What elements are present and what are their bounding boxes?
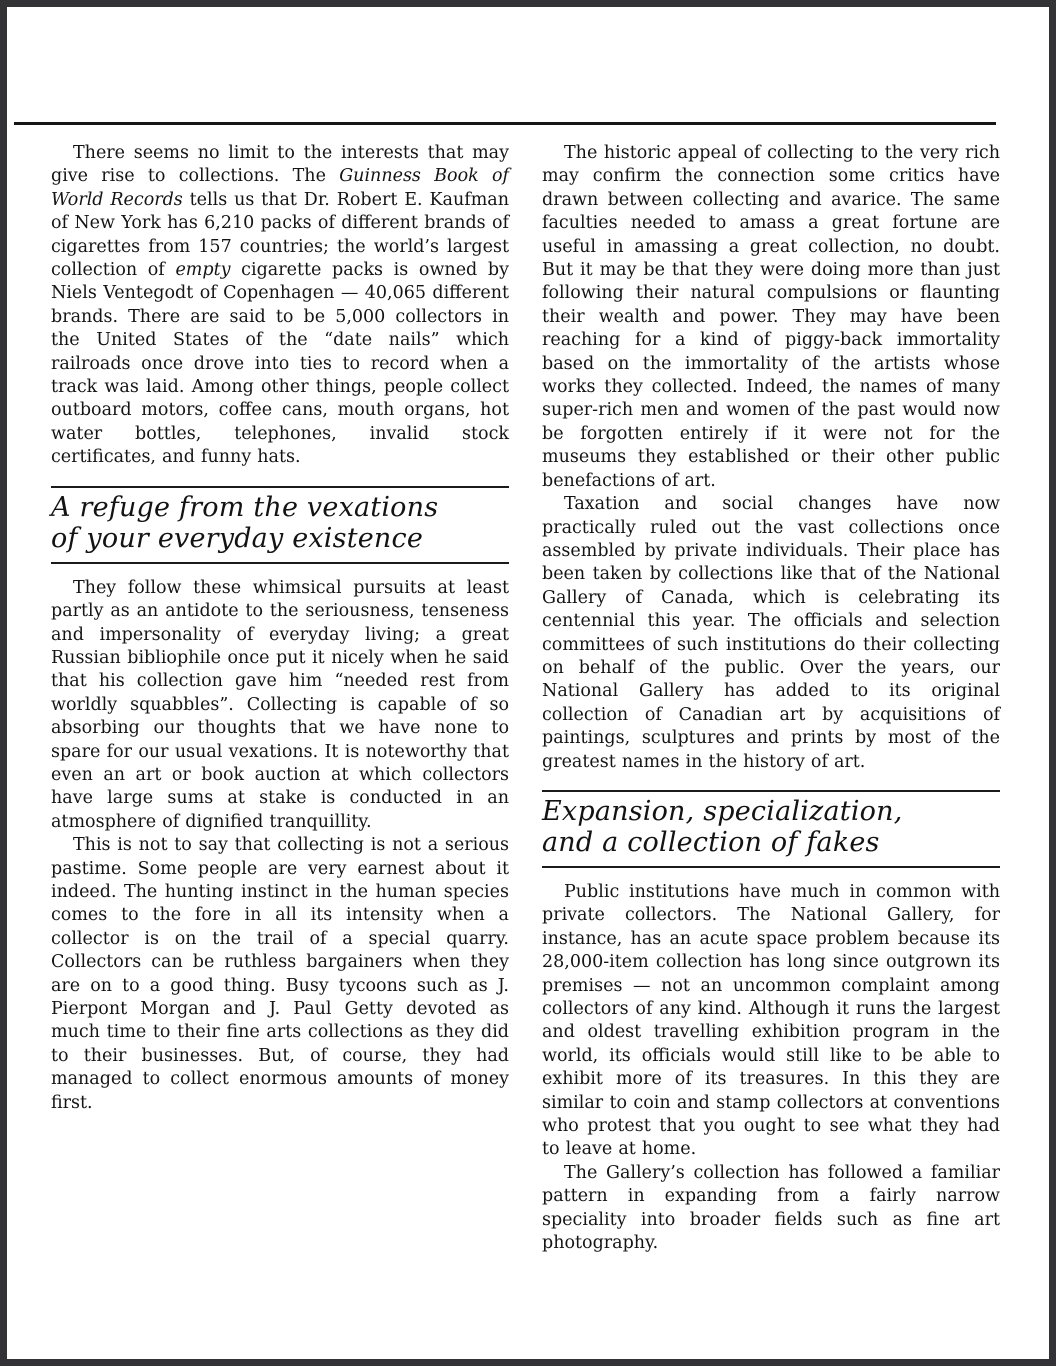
- section-heading-refuge: A refuge from the vexations of your ever…: [51, 492, 509, 554]
- magazine-page: There seems no limit to the interests th…: [0, 0, 1056, 1366]
- article-columns: There seems no limit to the interests th…: [51, 142, 1002, 1255]
- paragraph-public-institutions: Public institutions have much in common …: [542, 881, 1000, 1162]
- paragraph-historic-appeal: The historic appeal of collecting to the…: [542, 142, 1000, 493]
- left-column: There seems no limit to the interests th…: [51, 142, 509, 1255]
- paragraph-gallery-collection: The Gallery’s collection has followed a …: [542, 1162, 1000, 1256]
- top-rule: [14, 122, 996, 125]
- paragraph-whimsical-pursuits: They follow these whimsical pursuits at …: [51, 577, 509, 834]
- paragraph-taxation-changes: Taxation and social changes have now pra…: [542, 493, 1000, 774]
- right-column: The historic appeal of collecting to the…: [542, 142, 1000, 1255]
- paragraph-serious-pastime: This is not to say that collecting is no…: [51, 834, 509, 1115]
- section-heading-block-refuge: A refuge from the vexations of your ever…: [51, 486, 509, 564]
- paragraph-collections-interests: There seems no limit to the interests th…: [51, 142, 509, 470]
- section-heading-block-expansion: Expansion, specialization, and a collect…: [542, 790, 1000, 868]
- section-heading-expansion: Expansion, specialization, and a collect…: [542, 796, 1000, 858]
